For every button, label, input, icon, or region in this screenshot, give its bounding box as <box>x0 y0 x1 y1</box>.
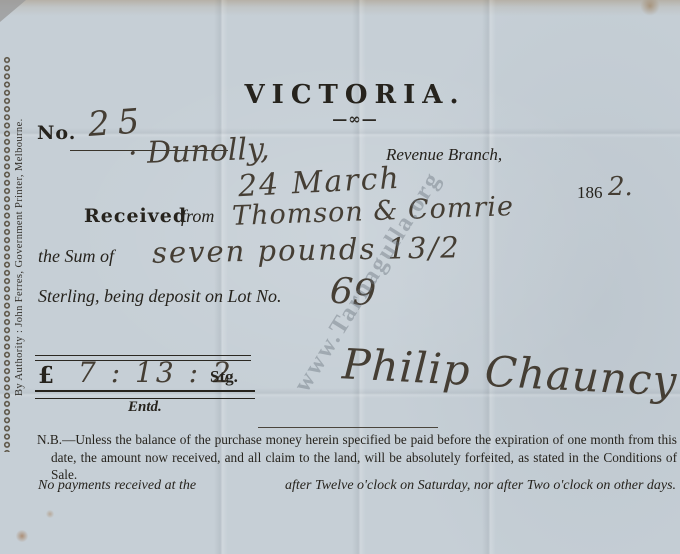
revenue-branch-label: Revenue Branch, <box>386 145 502 165</box>
pound-symbol: £ <box>38 362 55 389</box>
amount-box-bottom-rule <box>35 390 255 399</box>
signature-line <box>258 427 438 428</box>
entered-label: Entd. <box>128 399 162 416</box>
lot-number-handwritten: 69 <box>329 270 378 314</box>
receipt-document: By Authority : John Ferres, Government P… <box>0 0 680 554</box>
year-handwritten: 2. <box>608 172 633 202</box>
sum-label: the Sum of <box>38 246 114 267</box>
nota-bene-paragraph: N.B.—Unless the balance of the purchase … <box>37 431 677 484</box>
received-label: Received <box>84 205 187 227</box>
signature-handwritten: Philip Chauncy <box>341 339 679 405</box>
footer-payments-right: after Twelve o'clock on Saturday, nor af… <box>285 478 676 494</box>
place-handwritten: · Dunolly, <box>127 132 270 172</box>
printer-imprint: By Authority : John Ferres, Government P… <box>14 58 31 456</box>
from-label: from <box>181 206 214 227</box>
foxing-stain <box>590 0 680 40</box>
year-printed: 186 <box>577 183 603 203</box>
sterling-lot-label: Sterling, being deposit on Lot No. <box>38 286 282 307</box>
foxing-stain <box>6 498 66 548</box>
ornamental-chain-border <box>2 56 13 452</box>
footer-payments-left: No payments received at the <box>38 478 196 494</box>
number-label: No. <box>37 122 76 144</box>
paper-corner <box>0 0 26 22</box>
sterling-abbrev-label: Stg. <box>210 367 238 387</box>
amount-words-handwritten: seven pounds 13/2 <box>152 230 461 269</box>
